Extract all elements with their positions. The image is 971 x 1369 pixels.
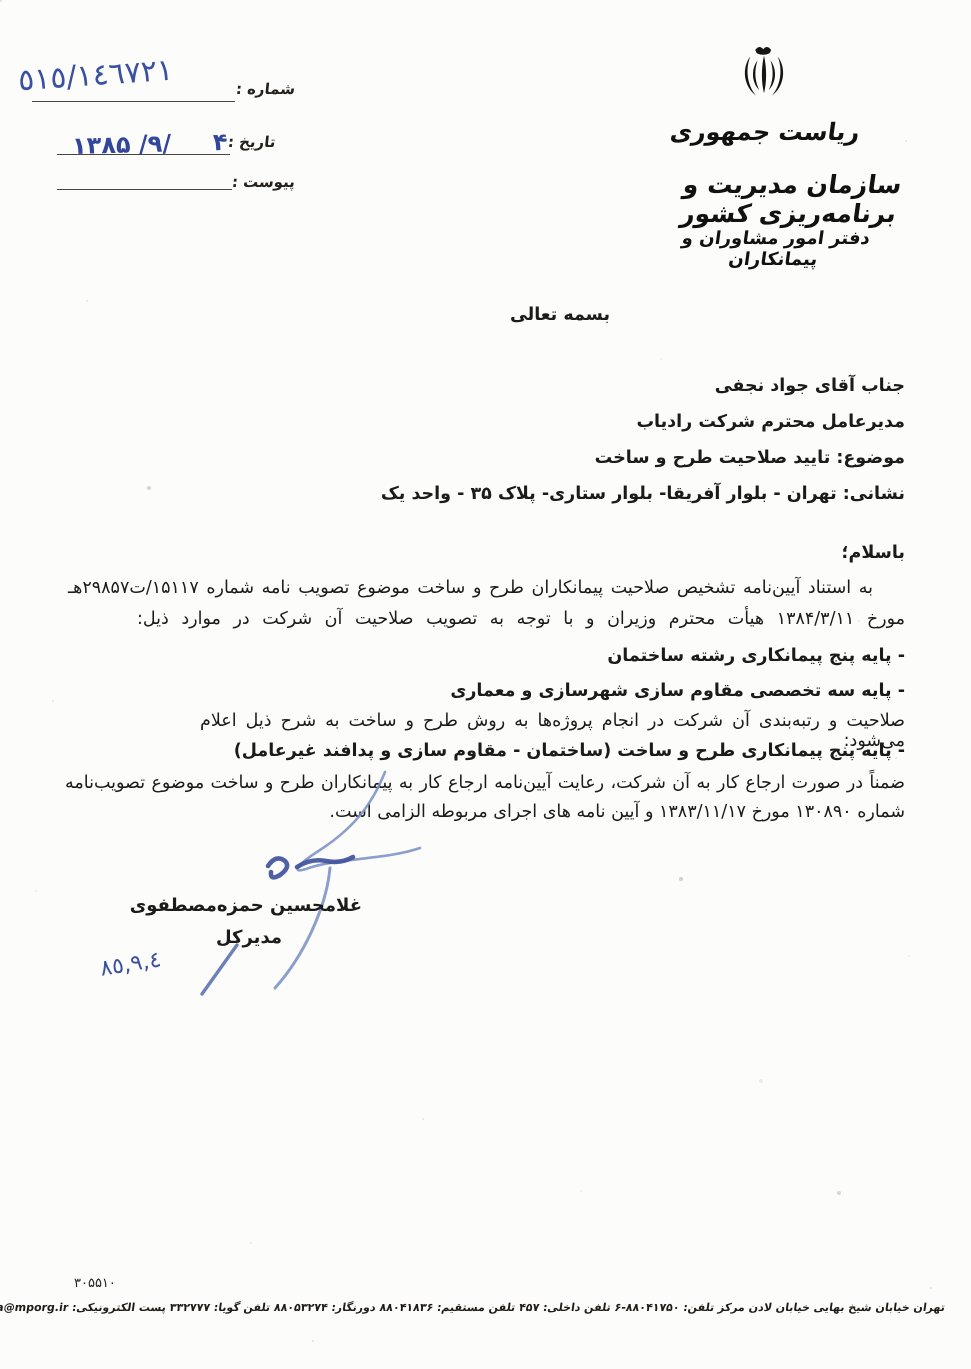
signatory-name: غلامحسین حمزه‌مصطفوی <box>130 895 362 916</box>
attachment-line <box>57 189 232 190</box>
address-line: نشانی: تهران - بلوار آفریقا- بلوار ستاری… <box>381 484 905 504</box>
salutation: باسلام؛ <box>842 543 905 563</box>
date-handwritten: ۱۳۸۵ /۹/ ۴ <box>72 128 228 160</box>
footer-code: ۳۰۵۵۱۰ <box>74 1276 116 1291</box>
signature-scribble <box>180 762 440 1007</box>
recipient-title: مدیرعامل محترم شرکت رادیاب <box>636 412 905 432</box>
body-paragraph-1-line-1: به استناد آیین‌نامه تشخیص صلاحیت پیمانکا… <box>68 578 905 598</box>
design-build-grade-line: - پایه پنج پیمانکاری طرح و ساخت (ساختمان… <box>234 741 905 761</box>
date-label: تاریخ : <box>227 133 276 151</box>
recipient-name: جناب آقای جواد نجفی <box>715 376 905 396</box>
org-presidency-title: ریاست جمهوری <box>638 118 892 146</box>
signature-date-handwritten: ٨٥,٩,٤ <box>98 947 162 981</box>
qualification-bullet-2: - پایه سه تخصصی مقاوم سازی شهرسازی و معم… <box>450 681 905 701</box>
date-line <box>57 154 230 155</box>
attachment-label: پیوست : <box>231 173 296 191</box>
org-office-name: دفتر امور مشاوران و پیمانکاران <box>649 228 900 270</box>
reference-number-label: شماره : <box>235 80 296 98</box>
subject-line: موضوع: تایید صلاحیت طرح و ساخت <box>595 448 905 468</box>
iran-emblem-icon <box>740 45 788 103</box>
footer-contact-line: تهران خیابان شیخ بهایی خیابان لادن مرکز … <box>24 1301 946 1314</box>
org-name: سازمان مدیریت و برنامه‌ریزی کشور <box>624 170 957 228</box>
body-paragraph-1-line-2: مورخ ۱۳۸۴/۳/۱۱ هیأت محترم وزیران و با تو… <box>137 609 905 629</box>
qualification-bullet-1: - پایه پنج پیمانکاری رشته ساختمان <box>607 646 905 666</box>
reference-number-handwritten: ٥١٥/١٤٦٧٢١ <box>17 53 174 99</box>
signatory-title: مدیرکل <box>216 927 282 948</box>
besmele: بسمه تعالی <box>505 305 615 325</box>
scanned-letter: ٥١٥/١٤٦٧٢١ شماره : ۱۳۸۵ /۹/ ۴ تاریخ : پی… <box>0 0 971 1369</box>
reference-number-line <box>32 101 235 102</box>
scan-noise <box>0 0 2 2</box>
